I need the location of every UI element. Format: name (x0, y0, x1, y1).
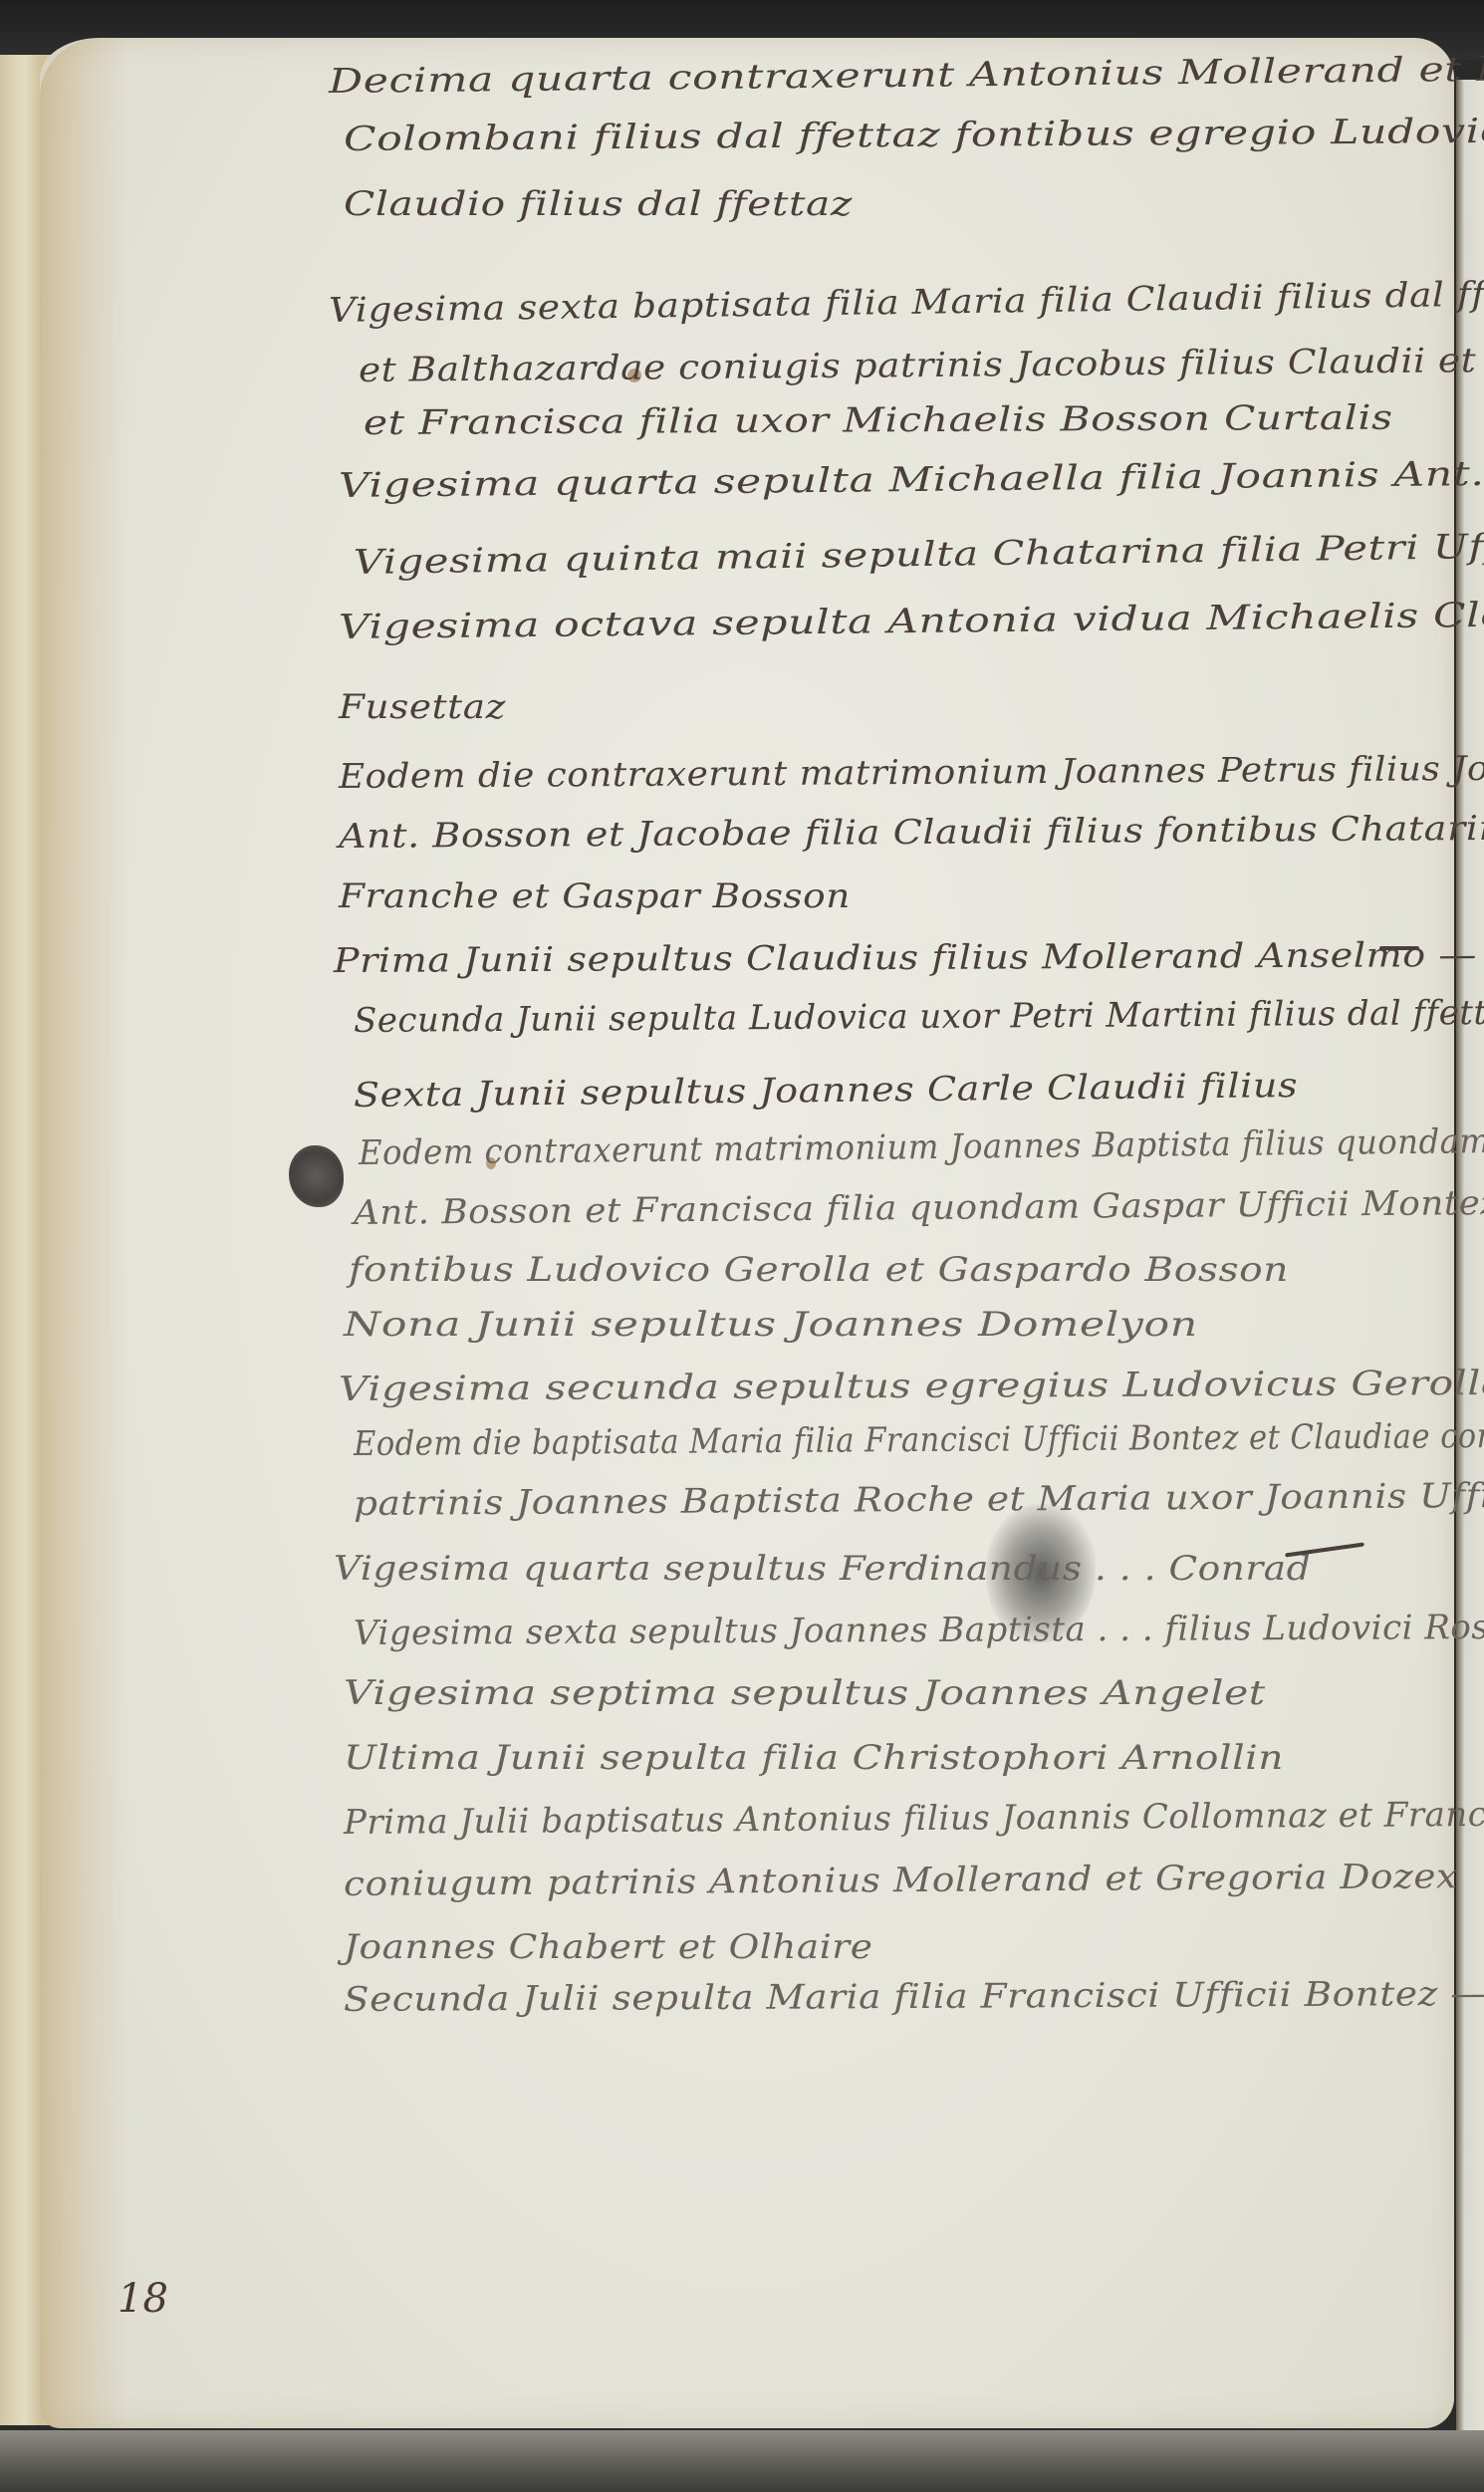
entry-line: Nona Junii sepultus Joannes Domelyon (344, 1305, 1198, 1345)
entry-line: Joannes Chabert et Olhaire (344, 1927, 872, 1967)
entry-line: Eodem contraxerunt matrimonium Joannes B… (359, 1121, 1484, 1173)
entry-line: Vigesima octava sepulta Antonia vidua Mi… (339, 595, 1484, 647)
entry-line: Prima Junii sepultus Claudius filius Mol… (334, 935, 1477, 981)
entry-line: Secunda Junii sepulta Ludovica uxor Petr… (354, 993, 1484, 1041)
entry-line: Vigesima quarta sepultus Ferdinandus . .… (334, 1549, 1311, 1589)
entry-line: Vigesima sexta baptisata filia Maria fil… (329, 273, 1484, 331)
entry-line: Ultima Junii sepulta filia Christophori … (344, 1738, 1284, 1778)
entry-line: Claudio filius dal ffettaz (344, 184, 853, 224)
entry-line: Eodem die baptisata Maria filia Francisc… (354, 1415, 1484, 1464)
entry-line: Colombani filius dal ffettaz fontibus eg… (344, 111, 1484, 159)
entry-line: Ant. Bosson et Francisca filia quondam G… (354, 1183, 1484, 1233)
page-number: 18 (118, 2276, 168, 2322)
entry-line: Decima quarta contraxerunt Antonius Moll… (329, 48, 1484, 102)
entry-line: et Francisca filia uxor Michaelis Bosson… (364, 398, 1393, 443)
entry-line: Prima Julii baptisatus Antonius filius J… (344, 1794, 1484, 1843)
entry-line: Secunda Julii sepulta Maria filia Franci… (344, 1974, 1484, 2020)
entry-line: Sexta Junii sepultus Joannes Carle Claud… (354, 1066, 1298, 1116)
entry-line: Vigesima quinta maii sepulta Chatarina f… (354, 526, 1484, 583)
entry-line: Vigesima septima sepultus Joannes Angele… (344, 1673, 1266, 1713)
entry-line: Vigesima secunda sepultus egregius Ludov… (339, 1364, 1484, 1409)
entry-line: Vigesima quarta sepulta Michaella filia … (339, 452, 1484, 506)
entry-line: Vigesima sexta sepultus Joannes Baptista… (354, 1608, 1484, 1653)
entry-line: et Balthazardae coniugis patrinis Jacobu… (359, 340, 1484, 390)
entry-line: fontibus Ludovico Gerolla et Gaspardo Bo… (349, 1250, 1289, 1290)
entry-line: Eodem die contraxerunt matrimonium Joann… (339, 748, 1484, 797)
entry-line: patrinis Joannes Baptista Roche et Maria… (354, 1476, 1484, 1524)
register-entries: Decima quarta contraxerunt Antonius Moll… (0, 0, 1484, 2492)
entry-line: coniugum patrinis Antonius Mollerand et … (344, 1857, 1458, 1904)
entry-line: Franche et Gaspar Bosson (339, 876, 851, 916)
entry-line: Fusettaz (339, 687, 506, 727)
entry-line: Ant. Bosson et Jacobae filia Claudii fil… (339, 809, 1484, 857)
